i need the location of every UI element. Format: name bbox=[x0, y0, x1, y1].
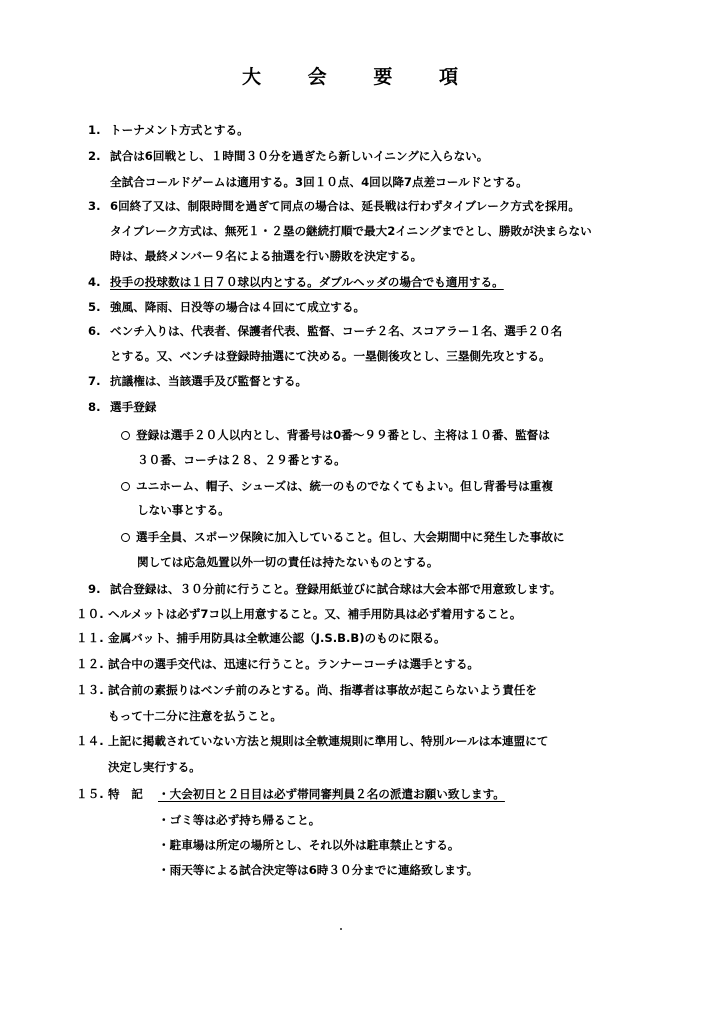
item-number: １１. bbox=[76, 630, 104, 646]
sub-item-text: ユニホーム、帽子、シューズは、統一のものでなくてもよい。但し背番号は重複 bbox=[136, 479, 553, 493]
sub-item: 登録は選手２０人以内とし、背番号は0番～９９番とし、主将は１０番、監督は bbox=[121, 427, 550, 443]
title-char: 項 bbox=[439, 62, 458, 94]
item-text: 選手登録 bbox=[110, 399, 156, 415]
item-text: 強風、降雨、日没等の場合は４回にて成立する。 bbox=[110, 299, 365, 315]
document-page: 大 会 要 項 1. トーナメント方式とする。 2. 試合は6回戦とし、１時間３… bbox=[0, 0, 724, 1024]
special-note: ・駐車場は所定の場所とし、それ以外は駐車禁止とする。 bbox=[158, 837, 459, 853]
sub-item-text: しない事とする。 bbox=[137, 502, 230, 518]
item-text-underlined: 投手の投球数は１日７０球以内とする。ダブルヘッダの場合でも適用する。 bbox=[110, 274, 504, 290]
item-text: 試合前の素振りはベンチ前のみとする。尚、指導者は事故が起こらないよう責任を bbox=[108, 682, 537, 698]
item-text: もって十二分に注意を払うこと。 bbox=[108, 708, 282, 724]
sub-item-text: 選手全員、スポーツ保険に加入していること。但し、大会期間中に発生した事故に bbox=[136, 530, 565, 544]
item-number: １０. bbox=[76, 606, 104, 622]
special-note: ・雨天等による試合決定等は6時３０分までに連絡致します。 bbox=[158, 862, 478, 878]
sub-item-text: 関しては応急処置以外一切の責任は持たないものとする。 bbox=[137, 554, 438, 570]
item-text: タイブレーク方式は、無死１・２塁の継続打順で最大2イニングまでとし、勝敗が決まら… bbox=[110, 223, 592, 239]
title-char: 要 bbox=[373, 62, 392, 94]
sub-item: 選手全員、スポーツ保険に加入していること。但し、大会期間中に発生した事故に bbox=[121, 529, 565, 545]
item-text: 試合中の選手交代は、迅速に行うこと。ランナーコーチは選手とする。 bbox=[108, 656, 479, 672]
item-text: トーナメント方式とする。 bbox=[110, 122, 249, 138]
item-number: １３. bbox=[76, 682, 104, 698]
stray-dot-mark bbox=[340, 928, 342, 930]
item-number: 4. bbox=[88, 274, 100, 290]
item-number: １２. bbox=[76, 656, 104, 672]
item-text: ベンチ入りは、代表者、保護者代表、監督、コーチ２名、スコアラー１名、選手２０名 bbox=[110, 323, 562, 339]
special-note-underlined: ・大会初日と２日目は必ず帯同審判員２名の派遣お願い致します。 bbox=[158, 786, 505, 802]
item-text: 抗議権は、当該選手及び監督とする。 bbox=[110, 373, 307, 389]
sub-item-text: 登録は選手２０人以内とし、背番号は0番～９９番とし、主将は１０番、監督は bbox=[136, 428, 550, 442]
special-note: ・ゴミ等は必ず持ち帰ること。 bbox=[158, 812, 320, 828]
item-text: ヘルメットは必ず7コ以上用意すること。又、補手用防具は必ず着用すること。 bbox=[108, 606, 522, 622]
item-text: 決定し実行する。 bbox=[108, 759, 201, 775]
item-number: 1. bbox=[88, 122, 100, 138]
item-text: 6回終了又は、制限時間を過ぎて同点の場合は、延長戦は行わずタイブレーク方式を採用… bbox=[110, 198, 580, 214]
item-number: 6. bbox=[88, 323, 100, 339]
item-number: 8. bbox=[88, 399, 100, 415]
circle-bullet-icon bbox=[121, 482, 130, 491]
item-number: １４. bbox=[76, 733, 104, 749]
item-text: 試合は6回戦とし、１時間３０分を過ぎたら新しいイニングに入らない。 bbox=[110, 148, 488, 164]
item-text: 時は、最終メンバー９名による抽選を行い勝敗を決定する。 bbox=[110, 248, 422, 264]
item-text: 上記に掲載されていない方法と規則は全軟連規則に準用し、特別ルールは本連盟にて bbox=[108, 733, 548, 749]
item-number: １５. bbox=[76, 786, 104, 802]
circle-bullet-icon bbox=[121, 431, 130, 440]
page-title: 大 会 要 項 bbox=[200, 62, 500, 94]
title-char: 会 bbox=[308, 62, 327, 94]
item-number: 3. bbox=[88, 198, 100, 214]
item-number: 5. bbox=[88, 299, 100, 315]
item-text: 試合登録は、３０分前に行うこと。登録用紙並びに試合球は大会本部で用意致します。 bbox=[110, 581, 561, 597]
title-char: 大 bbox=[242, 62, 261, 94]
item-number: 9. bbox=[88, 581, 100, 597]
special-notes-label: 特 記 bbox=[108, 786, 143, 802]
item-text: 全試合コールドゲームは適用する。3回１０点、4回以降7点差コールドとする。 bbox=[110, 174, 528, 190]
item-number: 2. bbox=[88, 148, 100, 164]
item-text: とする。又、ベンチは登録時抽選にて決める。一塁側後攻とし、三塁側先攻とする。 bbox=[110, 348, 551, 364]
item-text: 金属バット、捕手用防具は全軟連公認（J.S.B.B)のものに限る。 bbox=[108, 630, 446, 646]
sub-item: ユニホーム、帽子、シューズは、統一のものでなくてもよい。但し背番号は重複 bbox=[121, 478, 553, 494]
item-number: 7. bbox=[88, 373, 100, 389]
sub-item-text: ３０番、コーチは２８、２９番とする。 bbox=[137, 452, 346, 468]
circle-bullet-icon bbox=[121, 533, 130, 542]
